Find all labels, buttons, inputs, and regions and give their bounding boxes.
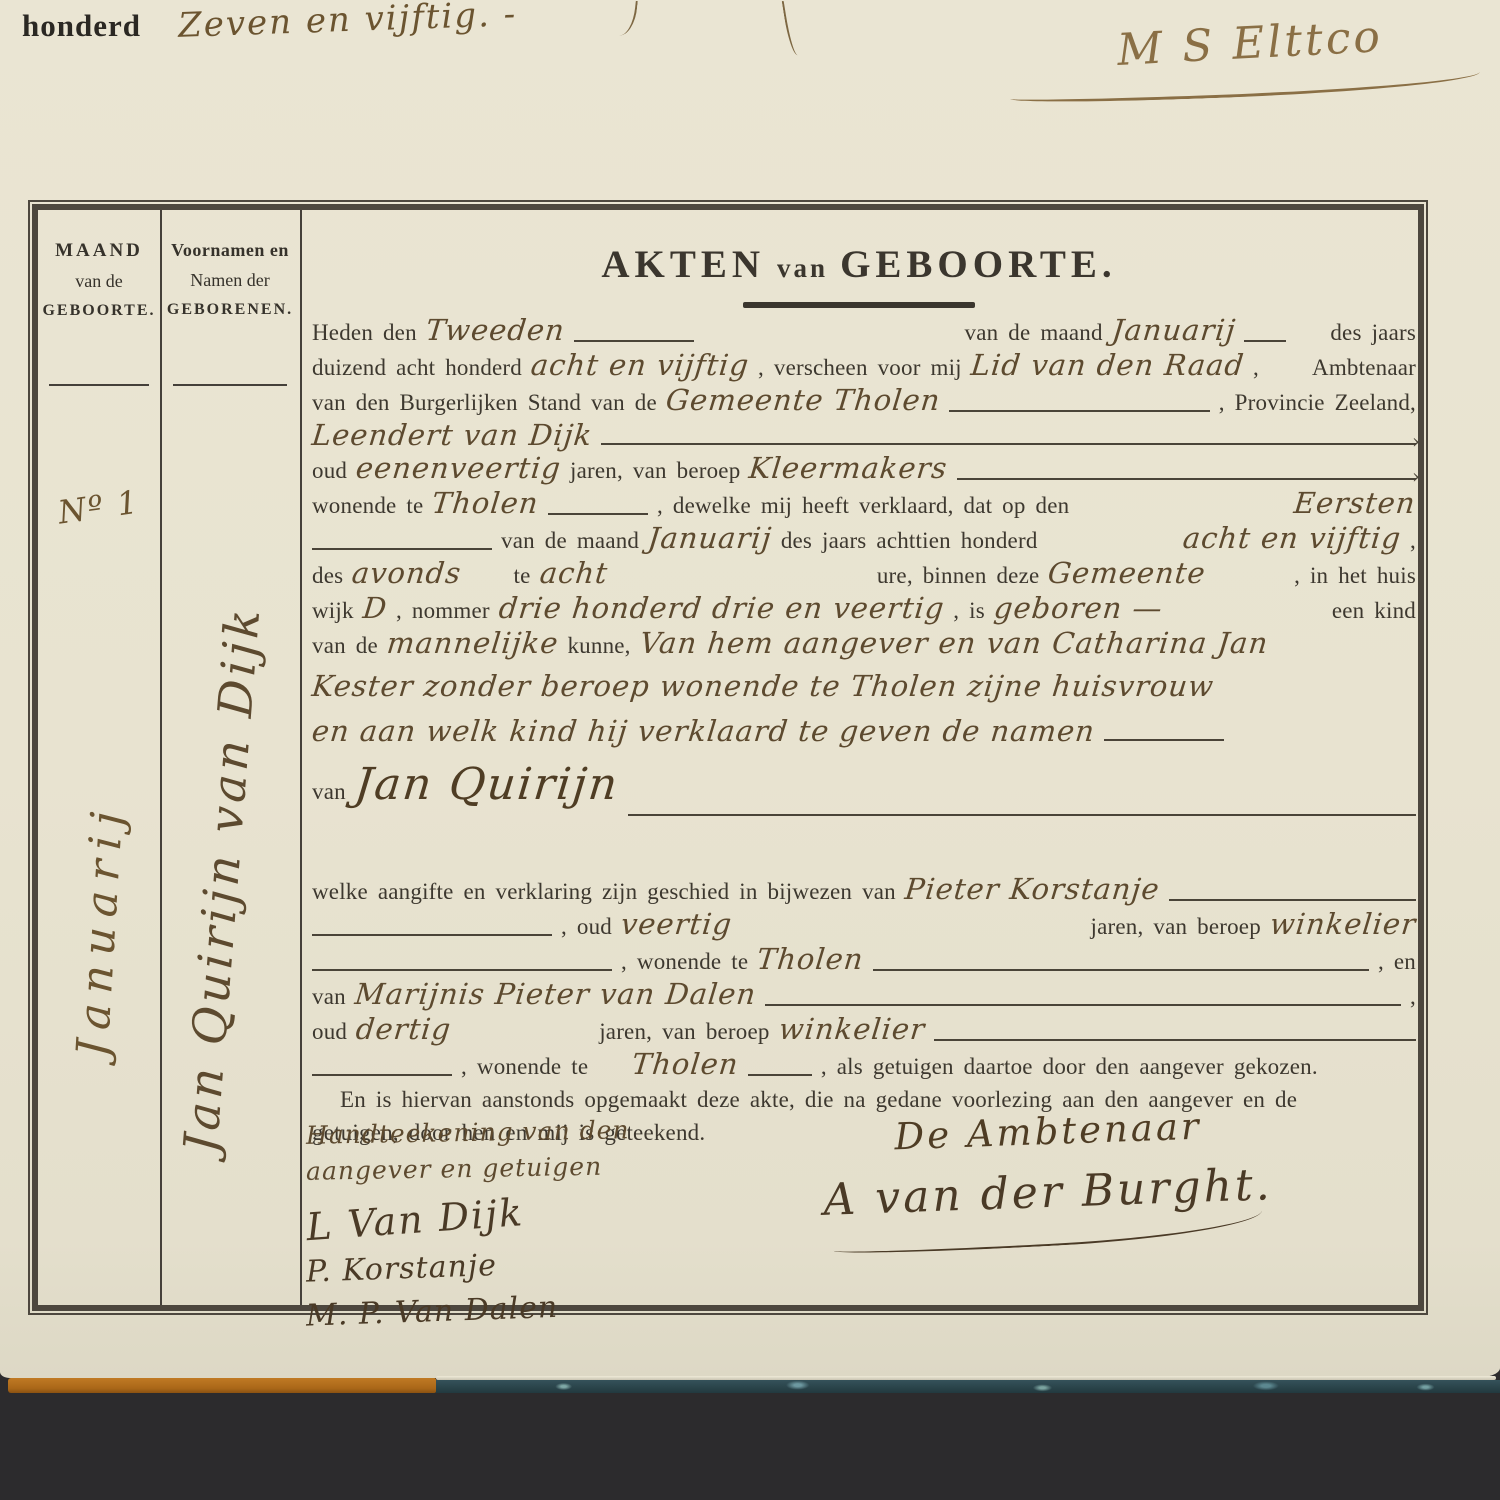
printed-text: duizend acht honderd <box>312 351 522 384</box>
body-line: van den Burgerlijken Stand van deGemeent… <box>312 384 1416 419</box>
printed-text: , dewelke mij heeft verklaard, dat op de… <box>657 489 1069 522</box>
stray-ink-mark <box>616 0 638 37</box>
printed-text: van <box>312 761 346 823</box>
handwritten-text: Lid van den Raad <box>969 349 1246 382</box>
handwritten-text: Tholen <box>631 1048 741 1081</box>
printed-text: wijk <box>312 594 354 627</box>
printed-text: van de maand <box>501 524 639 557</box>
handwritten-text: Kester zonder beroep wonende te Tholen z… <box>310 670 1215 703</box>
handwritten-text: Kleermakers <box>748 452 950 485</box>
handwritten-text: Tweeden <box>424 314 566 347</box>
blank-rule <box>873 967 1369 971</box>
printed-text: kunne, <box>567 629 630 662</box>
printed-text: Heden den <box>312 316 417 349</box>
column-header-text: Namen der <box>160 270 300 291</box>
signature-caption: Handteekening van den <box>306 1112 630 1154</box>
printed-text: ure, binnen deze <box>877 559 1040 592</box>
handwritten-text: Januarij <box>1110 314 1237 347</box>
handwritten-text: acht <box>538 557 609 590</box>
printed-text: , <box>1410 524 1416 557</box>
blank-rule <box>601 441 1416 445</box>
blank-rule <box>548 511 648 515</box>
act-frame: MAAND van de GEBOORTE. Voornamen en Name… <box>28 200 1428 1315</box>
column-header-text: van de <box>38 271 160 292</box>
body-line: , oudveertigjaren, van beroepwinkelier <box>312 908 1416 943</box>
printed-text: jaren, van beroep <box>1091 910 1261 943</box>
handwritten-text: Leendert van Dijk <box>310 419 594 452</box>
blank-rule <box>934 1037 1416 1041</box>
blank-rule <box>1169 897 1416 901</box>
printed-text: , wonende te <box>621 945 748 978</box>
printed-text: jaren, van beroep <box>599 1015 769 1048</box>
act-title: AKTEN van GEBOORTE. <box>300 242 1418 287</box>
blank-rule <box>628 812 1416 816</box>
printed-text: oud <box>312 454 347 487</box>
body-line: en aan welk kind hij verklaard te geven … <box>312 715 1416 748</box>
act-number: Nº 1 <box>56 483 142 532</box>
column-header-text: Voornamen en <box>160 240 300 261</box>
printed-text: , verscheen voor mij <box>758 351 962 384</box>
handwritten-text: Eersten <box>1293 487 1418 520</box>
blank-rule <box>312 932 552 936</box>
body-line: vanMarijnis Pieter van Dalen, <box>312 978 1416 1013</box>
column-header-text: GEBORENEN. <box>160 301 300 319</box>
body-line: Leendert van Dijk <box>312 419 1416 452</box>
handwritten-text: winkelier <box>777 1013 927 1046</box>
title-word: GEBOORTE. <box>840 243 1117 286</box>
body-line: van demannelijkekunne,Van hem aangever e… <box>312 627 1416 662</box>
title-underline <box>300 302 1418 308</box>
body-line: Kester zonder beroep wonende te Tholen z… <box>312 670 1416 703</box>
printed-text: , <box>1253 351 1259 384</box>
column-header-namen: Voornamen en Namen der GEBORENEN. <box>160 210 300 386</box>
header-underline <box>173 384 288 386</box>
body-line: oudeenenveertigjaren, van beroepKleermak… <box>312 452 1416 487</box>
body-line: wonende teTholen, dewelke mij heeft verk… <box>312 487 1416 522</box>
act-frame-inner: MAAND van de GEBOORTE. Voornamen en Name… <box>32 204 1424 1311</box>
handwritten-text: acht en vijftig <box>529 349 750 382</box>
body-line: welke aangifte en verklaring zijn geschi… <box>312 873 1416 908</box>
printed-text: , en <box>1378 945 1416 978</box>
column-divider <box>300 210 302 1305</box>
signature-block-right: De Ambtenaar A van der Burght. <box>678 1110 1418 1246</box>
handwritten-child-name: Jan Quirijn <box>352 754 622 816</box>
blank-rule <box>765 1002 1401 1006</box>
printed-text: , Provincie Zeeland, <box>1219 386 1416 419</box>
body-line: duizend acht honderdacht en vijftig, ver… <box>312 349 1416 384</box>
header-underline <box>49 384 149 386</box>
child-name-vertical-handwriting: Jan Quirijn van Dijk <box>158 404 302 1357</box>
printed-text: van den Burgerlijken Stand van de <box>312 386 657 419</box>
blank-rule <box>1104 737 1224 741</box>
printed-text: oud <box>312 1015 347 1048</box>
handwritten-text: Gemeente Tholen <box>664 384 942 417</box>
printed-text: , is <box>953 594 985 627</box>
body-line: desavondsteachture, binnen dezeGemeente,… <box>312 557 1416 592</box>
printed-text: van de maand <box>965 316 1103 349</box>
column-header-maand: MAAND van de GEBOORTE. <box>38 210 160 386</box>
handwritten-text: Marijnis Pieter van Dalen <box>353 978 758 1011</box>
body-line: ouddertigjaren, van beroepwinkelier <box>312 1013 1416 1048</box>
blank-rule <box>748 1072 812 1076</box>
printed-text: des <box>312 559 343 592</box>
act-body: Heden denTweedenvan de maandJanuarijdes … <box>312 314 1416 1149</box>
handwritten-text: en aan welk kind hij verklaard te geven … <box>310 715 1096 748</box>
handwritten-text: Pieter Korstanje <box>903 873 1161 906</box>
body-line: , wonende teTholen, als getuigen daartoe… <box>312 1048 1416 1083</box>
book-edge-marbled <box>436 1380 1500 1393</box>
register-page: honderd Zeven en vijftig. - M S Elttco M… <box>0 0 1500 1378</box>
handwritten-text: Januarij <box>646 522 773 555</box>
blank-rule <box>957 476 1416 480</box>
stray-ink-mark <box>782 0 801 56</box>
blank-rule <box>1244 338 1286 342</box>
body-line: wijkD, nommerdrie honderd drie en veerti… <box>312 592 1416 627</box>
folio-printed-word: honderd <box>22 8 141 44</box>
printed-text: , wonende te <box>461 1050 588 1083</box>
book-edge <box>0 1372 1500 1402</box>
printed-text: des jaars achttien honderd <box>781 524 1038 557</box>
printed-text: , als getuigen daartoe door den aangever… <box>821 1050 1318 1083</box>
printed-text: wonende te <box>312 489 423 522</box>
book-edge-leather <box>8 1378 436 1393</box>
handwritten-text: acht en vijftig <box>1181 522 1402 555</box>
handwritten-text: geboren — <box>992 592 1164 625</box>
handwritten-text: winkelier <box>1268 908 1418 941</box>
printed-text: van <box>312 980 346 1013</box>
folio-handwritten-number: Zeven en vijftig. - <box>177 0 517 46</box>
printed-text: Ambtenaar <box>1312 351 1416 384</box>
printed-text: des jaars <box>1330 316 1416 349</box>
blank-rule <box>312 967 612 971</box>
blank-rule <box>312 1072 452 1076</box>
printed-text: , <box>1410 980 1416 1013</box>
month-vertical-handwriting: Januarij <box>56 609 155 1251</box>
printed-text: , oud <box>561 910 612 943</box>
printed-text: , nommer <box>396 594 490 627</box>
body-line: Heden denTweedenvan de maandJanuarijdes … <box>312 314 1416 349</box>
handwritten-text: drie honderd drie en veertig <box>497 592 946 625</box>
signature-block-left: Handteekening van den aangever en getuig… <box>306 1115 630 1333</box>
blank-rule <box>312 546 492 550</box>
printed-text: , in het huis <box>1294 559 1416 592</box>
handwritten-text: Van hem aangever en van Catharina Jan <box>638 627 1270 660</box>
printed-text: te <box>514 559 531 592</box>
blank-rule <box>949 408 1209 412</box>
handwritten-text: eenenveertig <box>354 452 562 485</box>
handwritten-text: veertig <box>619 908 734 941</box>
body-line: van de maandJanuarijdes jaars achttien h… <box>312 522 1416 557</box>
handwritten-text: D <box>361 592 389 625</box>
title-word: AKTEN <box>601 243 765 286</box>
handwritten-text: avonds <box>351 557 464 590</box>
title-word: van <box>769 253 836 283</box>
handwritten-text: Tholen <box>756 943 866 976</box>
handwritten-text: mannelijke <box>385 627 560 660</box>
printed-text: welke aangifte en verklaring zijn geschi… <box>312 875 896 908</box>
handwritten-text: dertig <box>354 1013 453 1046</box>
printed-text: jaren, van beroep <box>570 454 740 487</box>
printed-text: een kind <box>1332 594 1416 627</box>
printed-text: van de <box>312 629 378 662</box>
body-line: , wonende teTholen, en <box>312 943 1416 978</box>
column-header-text: GEBOORTE. <box>38 302 160 320</box>
column-header-text: MAAND <box>38 240 160 262</box>
handwritten-text: Tholen <box>431 487 541 520</box>
body-line: vanJan Quirijn <box>312 754 1416 823</box>
blank-rule <box>574 338 694 342</box>
handwritten-text: Gemeente <box>1047 557 1208 590</box>
